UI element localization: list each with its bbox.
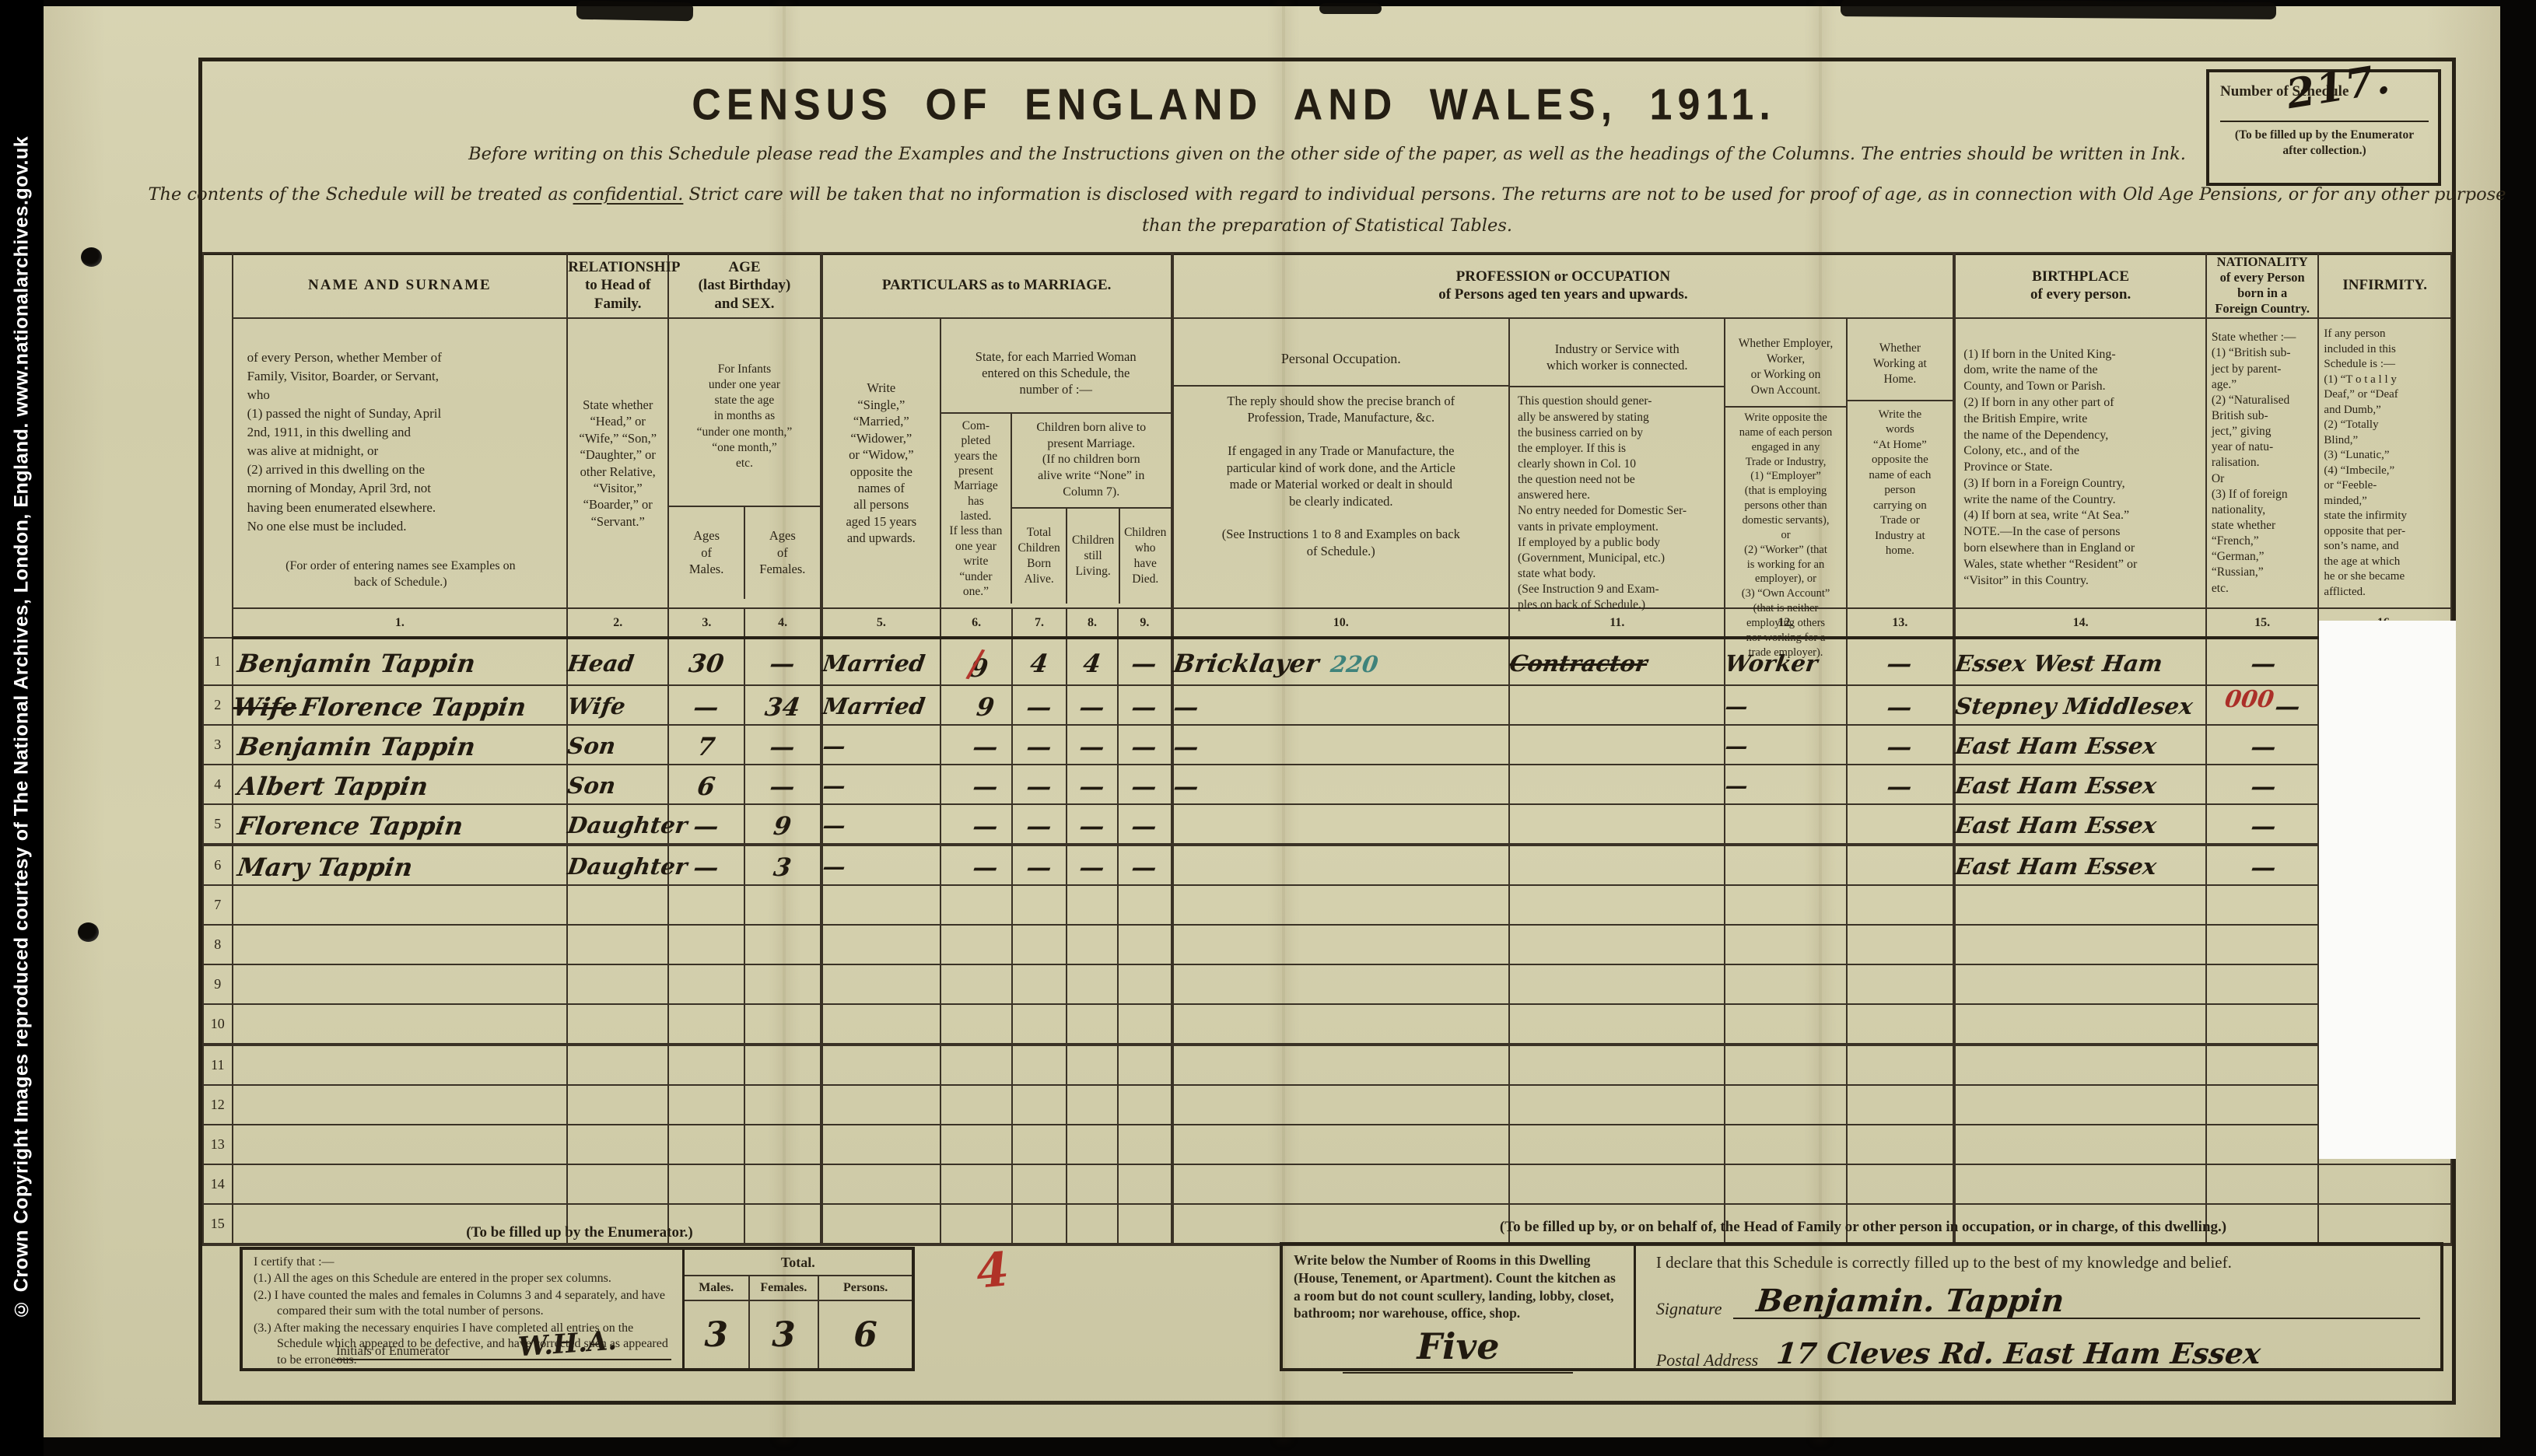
name-value: Benjamin Tappin <box>236 651 477 676</box>
detail-at-home-body: Write the words “At Home” opposite the n… <box>1848 401 1953 599</box>
page-title: CENSUS OF ENGLAND AND WALES, 1911. <box>202 80 2265 131</box>
children-living-value: — <box>1077 774 1105 799</box>
marital-value: Married <box>821 653 926 675</box>
nationality-value: — <box>2250 774 2278 799</box>
cell-children-died: — <box>1118 638 1172 685</box>
cell-children-died <box>1118 925 1172 964</box>
red-tally-mark: 4 <box>974 1242 1011 1299</box>
col-head-birthplace: BIRTHPLACE of every person. <box>1954 253 2206 318</box>
copyright-text: © Crown Copyright Images reproduced cour… <box>11 136 33 1320</box>
cell-age-female <box>744 1004 821 1045</box>
age-male-value: — <box>692 695 720 719</box>
detail-name-body: of every Person, whether Member of Famil… <box>247 348 555 558</box>
cell-age-female: — <box>744 725 821 765</box>
cell-children-living <box>1067 1125 1118 1164</box>
detail-birthplace: (1) If born in the United King- dom, wri… <box>1954 318 2206 608</box>
cell-age-female <box>744 964 821 1004</box>
cell-children-born <box>1012 1045 1066 1085</box>
col-number-4: 4. <box>744 608 821 638</box>
cell-children-died: — <box>1118 685 1172 725</box>
marital-value: — <box>821 775 846 797</box>
cell-age-male: 7 <box>668 725 744 765</box>
cell-relationship <box>567 1164 668 1204</box>
detail-industry-title: Industry or Service with which worker is… <box>1510 328 1724 388</box>
cell-age-male: 30 <box>668 638 744 685</box>
totals-box: Total. Males. 3 Females. 3 Persons. 6 <box>682 1250 912 1368</box>
cell-children-living: — <box>1067 845 1118 885</box>
cell-at-home: — <box>1847 725 1955 765</box>
cell-employer <box>1725 885 1846 925</box>
cell-children-living <box>1067 1164 1118 1204</box>
scan-smudge <box>576 1 693 22</box>
cell-years-married: 9/ <box>940 638 1012 685</box>
col-number-6: 6. <box>940 608 1012 638</box>
cell-row-number: 13 <box>203 1125 233 1164</box>
cell-age-male: 6 <box>668 765 744 804</box>
detail-children-born: Total Children Born Alive. <box>1012 509 1067 604</box>
children-born-value: — <box>1025 734 1053 759</box>
cell-industry <box>1509 725 1725 765</box>
nationality-value: — <box>2250 855 2278 880</box>
signature-line: Benjamin. Tappin <box>1733 1283 2420 1319</box>
occupation-value: — <box>1172 734 1200 759</box>
cell-occupation: — <box>1172 765 1510 804</box>
cell-birthplace <box>1954 964 2206 1004</box>
cell-at-home <box>1847 804 1955 845</box>
col-number-8: 8. <box>1067 608 1118 638</box>
cell-age-female <box>744 1085 821 1125</box>
cell-industry: Contractor <box>1509 638 1725 685</box>
cell-years-married <box>940 1085 1012 1125</box>
col-number-7: 7. <box>1012 608 1066 638</box>
industry-struck-value: Contractor <box>1508 653 1649 675</box>
cell-years-married <box>940 1125 1012 1164</box>
scan-smudge <box>1841 0 2276 19</box>
initials-label: Initials of Enumerator <box>336 1343 450 1358</box>
at-home-value: — <box>1886 651 1914 676</box>
relationship-value: Daughter <box>566 814 689 837</box>
schedule-number-row: Number of Schedule 217. <box>2220 83 2429 122</box>
children-died-value: — <box>1130 651 1158 676</box>
children-born-value: — <box>1025 695 1053 719</box>
col-number-1: 1. <box>233 608 568 638</box>
cell-children-born <box>1012 1164 1066 1204</box>
cell-row-number: 1 <box>203 638 233 685</box>
children-died-value: — <box>1130 695 1158 719</box>
cell-age-male <box>668 964 744 1004</box>
cell-children-died <box>1118 1085 1172 1125</box>
cell-relationship: Wife <box>567 685 668 725</box>
table-row: 1 Benjamin Tappin Head 30 — Married 9/ 4… <box>203 638 2451 685</box>
years-married-value: — <box>972 814 1000 838</box>
cell-age-female <box>744 885 821 925</box>
cell-marital <box>821 1045 940 1085</box>
age-female-value: 34 <box>763 695 801 719</box>
col-number-5: 5. <box>821 608 940 638</box>
certify-item-1: (1.) All the ages on this Schedule are e… <box>254 1271 674 1286</box>
cell-occupation <box>1172 845 1510 885</box>
name-value: Mary Tappin <box>236 855 414 880</box>
detail-relationship-body: State whether “Head,” or “Wife,” “Son,” … <box>568 397 667 530</box>
instruction-line-2: The contents of the Schedule will be tre… <box>149 184 2506 205</box>
certify-item-2: (2.) I have counted the males and female… <box>254 1288 674 1320</box>
cell-children-born <box>1012 1004 1066 1045</box>
cell-row-number: 8 <box>203 925 233 964</box>
cell-birthplace <box>1954 925 2206 964</box>
enumerator-heading: (To be filled up by the Enumerator.) <box>249 1224 910 1241</box>
detail-children-intro: Children born alive to present Marriage.… <box>1012 414 1171 507</box>
schedule-form: CENSUS OF ENGLAND AND WALES, 1911. Befor… <box>198 58 2456 1405</box>
cell-children-living: — <box>1067 804 1118 845</box>
cell-marital: — <box>821 845 940 885</box>
cell-industry <box>1509 1085 1725 1125</box>
cell-industry <box>1509 1004 1725 1045</box>
detail-marital-state: Write “Single,” “Married,” “Widower,” or… <box>821 318 940 608</box>
birthplace-value: Stepney Middlesex <box>1954 695 2194 718</box>
cell-children-born <box>1012 925 1066 964</box>
schedule-header: CENSUS OF ENGLAND AND WALES, 1911. Befor… <box>202 61 2452 255</box>
cell-employer <box>1725 1085 1846 1125</box>
cell-employer <box>1725 1125 1846 1164</box>
cell-children-living <box>1067 1045 1118 1085</box>
cell-employer <box>1725 1164 1846 1204</box>
detail-at-home-title: Whether Working at Home. <box>1848 328 1953 401</box>
cell-age-female: 34 <box>744 685 821 725</box>
children-living-value: — <box>1077 814 1105 838</box>
table-row: 5 Florence Tappin Daughter — 9 — — — — —… <box>203 804 2451 845</box>
children-living-value: — <box>1077 695 1105 719</box>
detail-age: For Infants under one year state the age… <box>668 318 821 608</box>
enumerator-box: I certify that :— (1.) All the ages on t… <box>240 1247 915 1371</box>
children-living-value: — <box>1077 855 1105 880</box>
cell-occupation <box>1172 1125 1510 1164</box>
cell-birthplace: Stepney Middlesex <box>1954 685 2206 725</box>
cell-occupation <box>1172 964 1510 1004</box>
detail-children-living: Children still Living. <box>1067 509 1120 604</box>
table-row: 12 <box>203 1085 2451 1125</box>
cell-occupation <box>1172 885 1510 925</box>
children-died-value: — <box>1130 814 1158 838</box>
age-female-value: 9 <box>772 814 793 838</box>
cell-relationship <box>567 1004 668 1045</box>
age-female-value: — <box>769 651 797 676</box>
detail-married-woman-intro: State, for each Married Woman entered on… <box>941 328 1171 414</box>
detail-employer: Whether Employer, Worker, or Working on … <box>1725 318 1846 608</box>
nationality-value: — <box>2250 814 2278 838</box>
cell-years-married <box>940 885 1012 925</box>
detail-age-males: Ages of Males. <box>669 507 745 599</box>
cell-at-home <box>1847 845 1955 885</box>
cell-age-male <box>668 1004 744 1045</box>
cell-name: WifeFlorence Tappin <box>233 685 568 725</box>
years-married-value: — <box>972 855 1000 880</box>
cell-at-home: — <box>1847 638 1955 685</box>
cell-children-born <box>1012 885 1066 925</box>
cell-relationship <box>567 1085 668 1125</box>
cell-years-married <box>940 1045 1012 1085</box>
cell-children-born: — <box>1012 765 1066 804</box>
cell-occupation <box>1172 1045 1510 1085</box>
males-value: 3 <box>685 1301 748 1368</box>
detail-industry-body: This question should gener- ally be answ… <box>1510 387 1724 619</box>
children-born-value: — <box>1025 814 1053 838</box>
table-row: 6 Mary Tappin Daughter — 3 — — — — — Eas… <box>203 845 2451 885</box>
cell-age-male <box>668 1125 744 1164</box>
cell-children-living <box>1067 1085 1118 1125</box>
relationship-value: Head <box>566 653 636 675</box>
col-number-14: 14. <box>1954 608 2206 638</box>
cell-row-number: 5 <box>203 804 233 845</box>
birthplace-value: East Ham Essex <box>1954 814 2158 837</box>
cell-name <box>233 1085 568 1125</box>
cell-relationship <box>567 1045 668 1085</box>
cell-marital: — <box>821 804 940 845</box>
detail-occupation: Personal Occupation. The reply should sh… <box>1172 318 1510 608</box>
age-female-value: — <box>769 774 797 799</box>
initials-row: Initials of Enumerator W.H.A. <box>336 1342 671 1360</box>
totals-persons: Persons. 6 <box>819 1276 912 1368</box>
address-label: Postal Address <box>1656 1350 1758 1370</box>
table-row: 2 WifeFlorence Tappin Wife — 34 Married … <box>203 685 2451 725</box>
hole-punch <box>78 922 99 942</box>
cell-row-number: 10 <box>203 1004 233 1045</box>
name-value: Florence Tappin <box>236 814 464 838</box>
cell-relationship <box>567 964 668 1004</box>
detail-age-infants: For Infants under one year state the age… <box>669 328 820 506</box>
signature-label: Signature <box>1656 1299 1722 1319</box>
householder-heading: (To be filled up by, or on behalf of, th… <box>1284 1219 2443 1236</box>
years-married-value: 9 <box>975 695 996 719</box>
cell-age-male <box>668 1085 744 1125</box>
col-number-15: 15. <box>2206 608 2318 638</box>
cell-age-male <box>668 1045 744 1085</box>
initials-value: W.H.A. <box>517 1325 618 1365</box>
nationality-value: — <box>2250 734 2278 759</box>
cell-at-home <box>1847 1004 1955 1045</box>
detail-name-foot: (For order of entering names see Example… <box>247 558 555 594</box>
age-male-value: 30 <box>688 651 726 676</box>
cell-birthplace <box>1954 1085 2206 1125</box>
rooms-panel: Write below the Number of Rooms in this … <box>1283 1245 1636 1368</box>
census-page: { "colors": { "ink": "#2b2417", "paper":… <box>0 0 2536 1456</box>
col-number-13: 13. <box>1847 608 1955 638</box>
cell-children-born <box>1012 1085 1066 1125</box>
cell-nationality <box>2206 925 2318 964</box>
cell-relationship <box>567 885 668 925</box>
cell-nationality <box>2206 1125 2318 1164</box>
at-home-value: — <box>1886 734 1914 759</box>
cell-industry <box>1509 685 1725 725</box>
occupation-value: — <box>1172 774 1200 799</box>
at-home-value: — <box>1886 774 1914 799</box>
cell-marital <box>821 964 940 1004</box>
address-row: Postal Address 17 Cleves Rd. East Ham Es… <box>1656 1335 2420 1370</box>
relationship-value: Son <box>566 735 617 758</box>
cell-children-born: — <box>1012 845 1066 885</box>
cell-years-married <box>940 1204 1012 1244</box>
detail-name: of every Person, whether Member of Famil… <box>233 318 568 608</box>
cell-children-living: — <box>1067 725 1118 765</box>
employer-value: — <box>1724 735 1750 758</box>
cell-marital <box>821 1085 940 1125</box>
cell-years-married: — <box>940 845 1012 885</box>
signature-row: Signature Benjamin. Tappin <box>1656 1283 2420 1319</box>
col-head-name: NAME AND SURNAME <box>233 253 568 318</box>
name-struck: Wife <box>231 695 298 719</box>
cell-children-living <box>1067 1004 1118 1045</box>
cell-row-number: 11 <box>203 1045 233 1085</box>
cell-employer <box>1725 845 1846 885</box>
cell-children-died: — <box>1118 845 1172 885</box>
cell-years-married: 9 <box>940 685 1012 725</box>
children-living-value: 4 <box>1081 651 1102 676</box>
detail-at-home: Whether Working at Home. Write the words… <box>1847 318 1955 608</box>
certify-intro: I certify that :— <box>254 1255 674 1270</box>
detail-age-females: Ages of Females. <box>745 507 820 599</box>
name-value: Florence Tappin <box>299 695 528 719</box>
instruction-2-post: Strict care will be taken that no inform… <box>683 184 2506 205</box>
cell-children-died <box>1118 964 1172 1004</box>
col-number-9: 9. <box>1118 608 1172 638</box>
cell-name: Benjamin Tappin <box>233 725 568 765</box>
name-value: Benjamin Tappin <box>236 734 477 759</box>
cell-industry <box>1509 964 1725 1004</box>
age-male-value: 7 <box>696 734 717 759</box>
children-died-value: — <box>1130 774 1158 799</box>
cell-age-female: 9 <box>744 804 821 845</box>
census-table-body: 1 Benjamin Tappin Head 30 — Married 9/ 4… <box>203 638 2451 1244</box>
employer-value: Worker <box>1724 653 1820 675</box>
children-died-value: — <box>1130 734 1158 759</box>
cell-children-living <box>1067 885 1118 925</box>
detail-nationality: State whether :— (1) “British sub- ject … <box>2206 318 2318 608</box>
cell-age-male <box>668 885 744 925</box>
cell-nationality <box>2206 1164 2318 1204</box>
cell-occupation: — <box>1172 685 1510 725</box>
males-label: Males. <box>685 1276 748 1301</box>
cell-row-number: 12 <box>203 1085 233 1125</box>
years-married-value: — <box>972 774 1000 799</box>
scan-smudge <box>1319 3 1382 14</box>
cell-nationality <box>2206 1085 2318 1125</box>
cell-children-died <box>1118 1004 1172 1045</box>
birthplace-value: East Ham Essex <box>1954 856 2158 878</box>
cell-age-female: — <box>744 638 821 685</box>
cell-row-number: 15 <box>203 1204 233 1244</box>
cell-occupation <box>1172 1004 1510 1045</box>
cell-row-number: 14 <box>203 1164 233 1204</box>
cell-birthplace <box>1954 1125 2206 1164</box>
cell-row-number: 2 <box>203 685 233 725</box>
relationship-value: Wife <box>566 695 627 718</box>
nationality-red-mark: 000 <box>2223 688 2275 712</box>
cell-industry <box>1509 765 1725 804</box>
cell-at-home <box>1847 1164 1955 1204</box>
cell-infirmity <box>2318 1164 2451 1204</box>
cell-nationality <box>2206 1045 2318 1085</box>
detail-infirmity: If any person included in this Schedule … <box>2318 318 2451 608</box>
cell-children-died <box>1118 1045 1172 1085</box>
cell-children-died: — <box>1118 725 1172 765</box>
cell-at-home <box>1847 1045 1955 1085</box>
cell-birthplace: East Ham Essex <box>1954 765 2206 804</box>
hole-punch <box>81 247 102 267</box>
cell-relationship: Son <box>567 725 668 765</box>
cell-children-born: 4 <box>1012 638 1066 685</box>
schedule-number-box: Number of Schedule 217. (To be filled up… <box>2206 69 2441 186</box>
age-male-value: — <box>692 855 720 880</box>
employer-value: — <box>1724 695 1750 718</box>
cell-children-died <box>1118 1204 1172 1244</box>
age-male-value: 6 <box>696 774 717 799</box>
declaration-text: I declare that this Schedule is correctl… <box>1656 1253 2420 1272</box>
cell-industry <box>1509 925 1725 964</box>
col-head-infirmity: INFIRMITY. <box>2318 253 2451 318</box>
cell-row-number: 7 <box>203 885 233 925</box>
occupation-code-teal: 220 <box>1329 653 1380 676</box>
cell-children-died <box>1118 885 1172 925</box>
persons-label: Persons. <box>819 1276 912 1301</box>
cell-years-married: — <box>940 765 1012 804</box>
cell-marital: Married <box>821 685 940 725</box>
table-row: 7 <box>203 885 2451 925</box>
cell-birthplace <box>1954 885 2206 925</box>
detail-relationship: State whether “Head,” or “Wife,” “Son,” … <box>567 318 668 608</box>
age-female-value: 3 <box>772 855 793 880</box>
cell-industry <box>1509 1164 1725 1204</box>
signature-value: Benjamin. Tappin <box>1754 1283 2065 1319</box>
age-female-value: — <box>769 734 797 759</box>
detail-nationality-body: State whether :— (1) “British sub- ject … <box>2207 320 2317 605</box>
col-head-marriage: PARTICULARS as to MARRIAGE. <box>821 253 1172 318</box>
cell-children-died: — <box>1118 804 1172 845</box>
name-value: Albert Tappin <box>236 774 429 799</box>
col-number-3: 3. <box>668 608 744 638</box>
cell-name <box>233 1125 568 1164</box>
cell-children-living: 4 <box>1067 638 1118 685</box>
cell-relationship <box>567 925 668 964</box>
cell-marital: Married <box>821 638 940 685</box>
instruction-2-confidential: confidential. <box>573 184 684 205</box>
birthplace-value: East Ham Essex <box>1954 775 2158 797</box>
children-born-value: — <box>1025 774 1053 799</box>
cell-age-female: 3 <box>744 845 821 885</box>
cell-occupation <box>1172 1085 1510 1125</box>
cell-employer <box>1725 804 1846 845</box>
occupation-value: Bricklayer <box>1172 651 1320 676</box>
rooms-value: Five <box>1343 1324 1573 1374</box>
cell-children-living: — <box>1067 685 1118 725</box>
cell-marital <box>821 1004 940 1045</box>
cell-birthplace <box>1954 1045 2206 1085</box>
schedule-number-value: 217. <box>2283 55 2394 118</box>
cell-relationship: Son <box>567 765 668 804</box>
address-line: 17 Cleves Rd. East Ham Essex <box>1769 1335 2420 1370</box>
females-value: 3 <box>750 1301 818 1368</box>
cell-at-home: — <box>1847 685 1955 725</box>
relationship-value: Daughter <box>566 856 689 878</box>
cell-years-married <box>940 1004 1012 1045</box>
cell-row-number: 6 <box>203 845 233 885</box>
females-label: Females. <box>750 1276 818 1301</box>
marital-value: — <box>821 735 846 758</box>
cell-age-female <box>744 925 821 964</box>
cell-children-living <box>1067 964 1118 1004</box>
cell-occupation <box>1172 925 1510 964</box>
cell-industry <box>1509 1125 1725 1164</box>
cell-name <box>233 1004 568 1045</box>
cell-age-female <box>744 1164 821 1204</box>
